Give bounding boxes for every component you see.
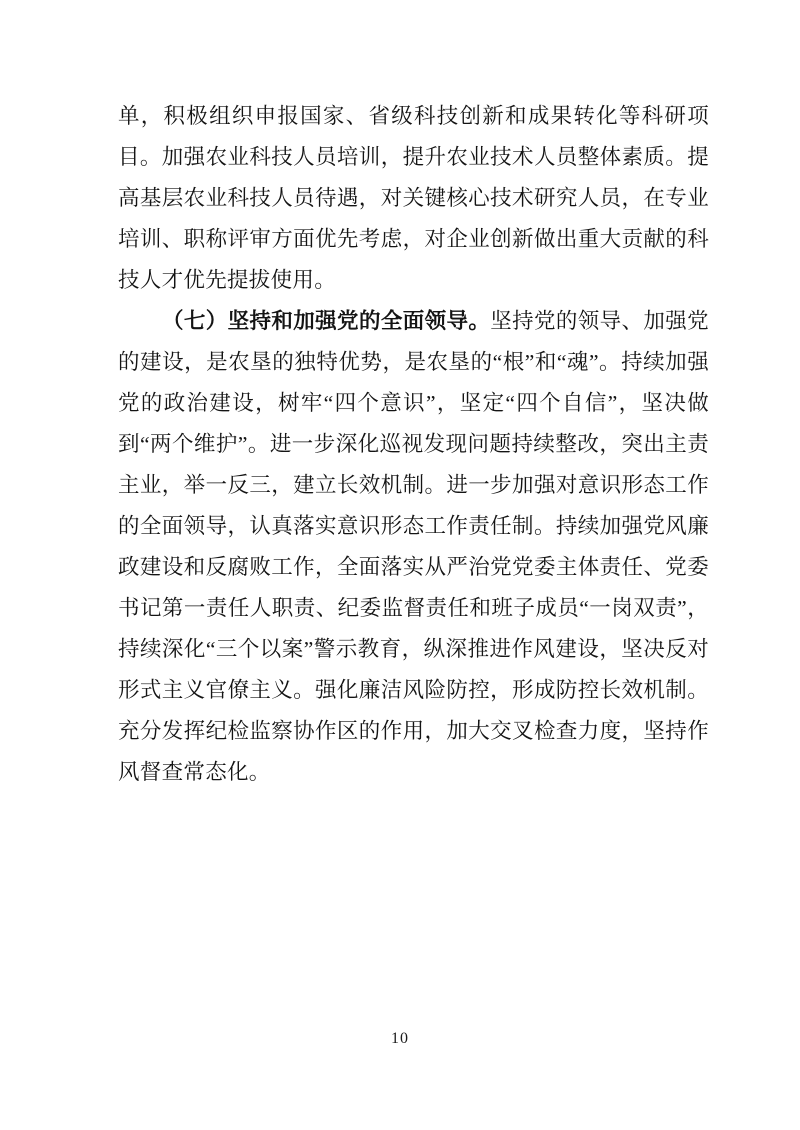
document-page: 单，积极组织申报国家、省级科技创新和成果转化等科研项目。加强农业科技人员培训，提… (0, 0, 800, 1130)
page-number: 10 (391, 1030, 409, 1047)
section-heading: （七）坚持和加强党的全面领导。 (162, 309, 490, 333)
page-footer: 10 (0, 1030, 800, 1048)
paragraph-section-7: （七）坚持和加强党的全面领导。坚持党的领导、加强党的建设，是农垦的独特优势，是农… (118, 301, 709, 793)
paragraph-continuation: 单，积极组织申报国家、省级科技创新和成果转化等科研项目。加强农业科技人员培训，提… (118, 96, 709, 301)
paragraph-text: 单，积极组织申报国家、省级科技创新和成果转化等科研项目。加强农业科技人员培训，提… (118, 104, 709, 292)
document-body: 单，积极组织申报国家、省级科技创新和成果转化等科研项目。加强农业科技人员培训，提… (118, 96, 709, 793)
paragraph-text: 坚持党的领导、加强党的建设，是农垦的独特优势，是农垦的“根”和“魂”。持续加强党… (118, 309, 709, 784)
